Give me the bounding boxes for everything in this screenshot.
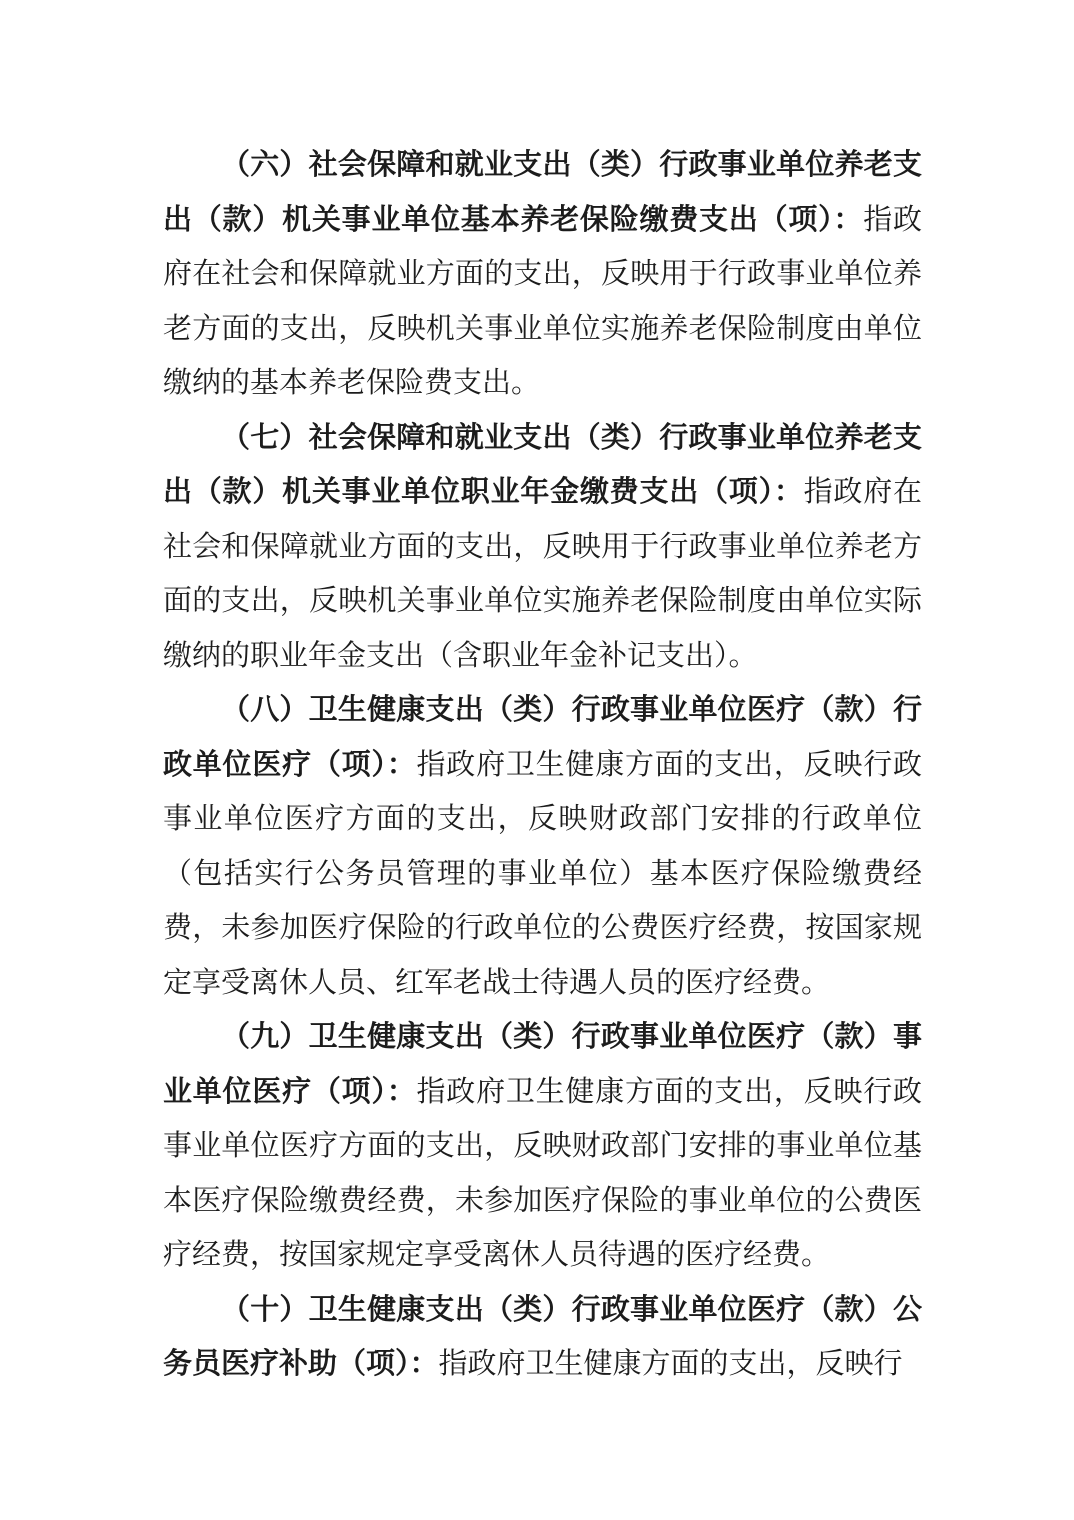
paragraph-clause-9: （九）卫生健康支出（类）行政事业单位医疗（款）事业单位医疗（项）：指政府卫生健康… — [163, 1010, 922, 1283]
clause-6-heading: （六）社会保障和就业支出（类）行政事业单位养老支出（款）机关事业单位基本养老保险… — [163, 149, 922, 236]
clause-10-body: 指政府卫生健康方面的支出，反映行 — [439, 1348, 903, 1380]
document-page: （六）社会保障和就业支出（类）行政事业单位养老支出（款）机关事业单位基本养老保险… — [0, 0, 1074, 1520]
paragraph-clause-10: （十）卫生健康支出（类）行政事业单位医疗（款）公务员医疗补助（项）：指政府卫生健… — [163, 1283, 922, 1392]
paragraph-clause-7: （七）社会保障和就业支出（类）行政事业单位养老支出（款）机关事业单位职业年金缴费… — [163, 411, 922, 684]
paragraph-clause-8: （八）卫生健康支出（类）行政事业单位医疗（款）行政单位医疗（项）：指政府卫生健康… — [163, 683, 922, 1010]
clause-8-body: 指政府卫生健康方面的支出，反映行政事业单位医疗方面的支出，反映财政部门安排的行政… — [163, 749, 922, 999]
paragraph-clause-6: （六）社会保障和就业支出（类）行政事业单位养老支出（款）机关事业单位基本养老保险… — [163, 138, 922, 411]
